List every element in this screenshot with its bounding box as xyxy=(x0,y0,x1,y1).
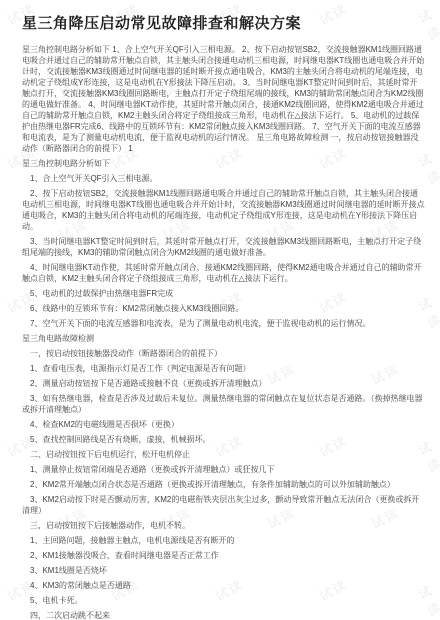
section-item: 3、KM1线圈是否烧坏 xyxy=(22,565,425,576)
analysis-item: 4、时间继电器KT动作使，其延时常开触点闭合，接通KM2线圈回路，使得KM2通电… xyxy=(22,262,425,284)
section-item: 5、查找控制回路线是否有烧断，虚接，机械损坏。 xyxy=(22,434,425,445)
intro-paragraph: 星三角控制电路分析如下 1、合上空气开关QF引入三相电源。 2、按下启动按钮SB… xyxy=(22,44,425,154)
fault-heading: 星三角电路故障检测 xyxy=(22,333,425,344)
section-item: 3、如有热继电器，检查是否涉及过载后未复位。测量热继电器的常闭触点在复位状态是否… xyxy=(22,393,425,415)
document-page: 试读试读试读试读试读试读试读试读试读试读试读试读试读试读试读试读试读试读试读试读… xyxy=(0,0,440,620)
section-title: 一，按启动按钮接触器没动作（断路器闭合的前提下） xyxy=(22,348,425,359)
section-item: 1、主回路问题，接触器主触点，电机电源线是否有断开的 xyxy=(22,535,425,546)
section-title: 四，二次启动跳不起来 xyxy=(22,610,425,620)
section-title: 二、启动按钮按下后电机运行，松开电机停止 xyxy=(22,449,425,460)
analysis-item: 3、当时间继电器KT整定时间到时后，其延时常开触点打开，交流接触器KM3线圈回路… xyxy=(22,236,425,258)
analysis-item: 1、合上空气开关QF引入三相电源。 xyxy=(22,173,425,184)
page-title: 星三角降压启动常见故障排查和解决方案 xyxy=(22,12,425,33)
section-title: 三，启动按钮按下后接触器动作，电机不转。 xyxy=(22,520,425,531)
section-item: 4、KM3的常闭触点是否通路 xyxy=(22,580,425,591)
section-item: 5、电机卡死。 xyxy=(22,595,425,606)
document-content: 星三角降压启动常见故障排查和解决方案 星三角控制电路分析如下 1、合上空气开关Q… xyxy=(0,0,440,620)
analysis-item: 7、空气开关下面的电流互感器和电流表，是为了测量电动机电流，便于监视电动机的运行… xyxy=(22,318,425,329)
section-item: 2、KM2常开端触点闭合状态是否通路（更换或拆开清理触点，有条件加辅助触点的可以… xyxy=(22,479,425,490)
section-item: 2、KM1接触器没吸合，查看时间继电器是否正常工作 xyxy=(22,550,425,561)
section-item: 3、KM2启动按下时是否颤动厉害，KM2的电磁衔铁夹层出灰尘过多，颤动导致常开触… xyxy=(22,494,425,516)
section-item: 4、检查KM2的电磁线圈是否损坏（更换） xyxy=(22,419,425,430)
analysis-item: 5、电动机的过载保护由热继电器FR完成 xyxy=(22,288,425,299)
analysis-heading: 星三角控制电路分析如下 xyxy=(22,158,425,169)
analysis-item: 6、线路中的互锁环节有：KM2常闭触点接入KM3线圈回路。 xyxy=(22,303,425,314)
section-item: 1、查看电压表，电源指示灯是否工作（判定电源是否有问题） xyxy=(22,363,425,374)
section-item: 1、测量停止按钮常闭端是否通路（更换或拆开清理触点）或狂按几下 xyxy=(22,464,425,475)
section-item: 2、测量启动按钮按下是否通路或接触不良（更换或拆开清理触点） xyxy=(22,378,425,389)
analysis-item: 2、按下启动按钮SB2，交流接触器KM1线圈回路通电吸合并通过自己的辅助常开触点… xyxy=(22,188,425,232)
